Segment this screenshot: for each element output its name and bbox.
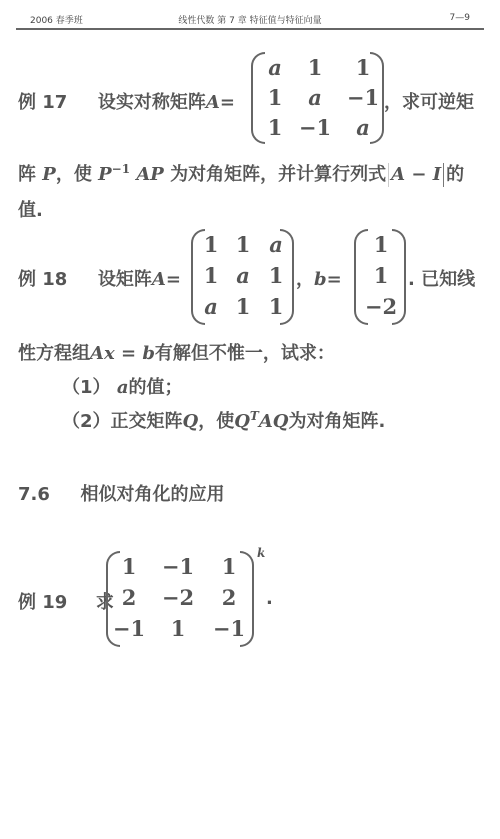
section-title: 相似对角化的应用 (80, 484, 224, 505)
right-paren (370, 52, 384, 144)
right-paren (280, 229, 294, 325)
question-item-1: （1） a的值； (62, 373, 182, 399)
determinant-bar-left (388, 163, 389, 187)
matrix-a17: a 1 1 1 a −1 1 −1 a (258, 52, 388, 142)
header-chapter: 线性代数 第 7 章 特征值与特征向量 (16, 13, 484, 26)
example-19-label: 例 19 (18, 592, 67, 613)
right-paren (392, 229, 406, 325)
example-17-text: 设实对称矩阵 (98, 92, 206, 113)
section-heading: 7.6 相似对角化的应用 (18, 480, 224, 506)
matrix-a18: 1 1 a 1 a 1 a 1 1 (196, 229, 292, 321)
example-18-label: 例 18 (18, 269, 67, 290)
example-17-label: 例 17 (18, 92, 67, 113)
question-item-2: （2）正交矩阵Q，使QTAQ为对角矩阵. (62, 407, 385, 433)
right-paren (240, 551, 254, 647)
matrix-a19: 1 −1 1 2 −2 2 −1 1 −1 (110, 551, 250, 643)
determinant-bar-right (443, 163, 444, 187)
determinant-expression: A − I (391, 164, 441, 185)
header-page-number: 7—9 (450, 13, 470, 23)
matrix-power: k (257, 546, 265, 560)
section-number: 7.6 (18, 484, 50, 505)
page-header: 2006 春季班 线性代数 第 7 章 特征值与特征向量 7—9 (16, 10, 484, 30)
